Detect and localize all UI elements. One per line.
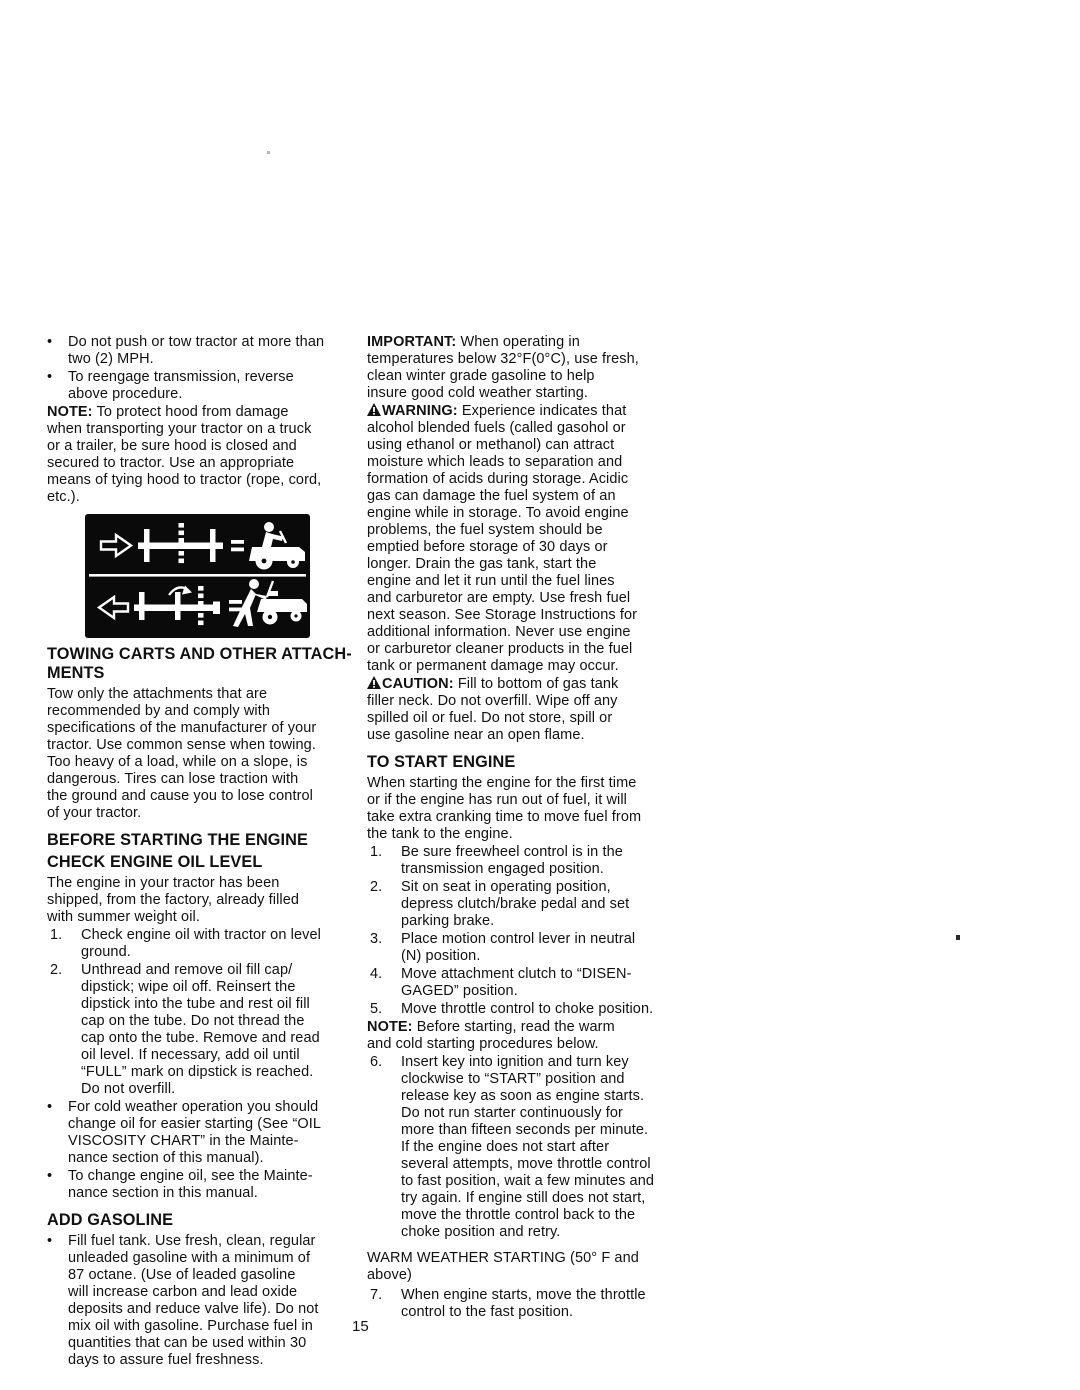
left-column: • Do not push or tow tractor at more tha… <box>47 334 367 1370</box>
list-item-text: Be sure freewheel control is in the tran… <box>401 844 679 878</box>
bullet-marker: • <box>47 334 68 368</box>
caution-triangle-icon <box>367 676 381 689</box>
note-paragraph: NOTE: To protect hood from damage when t… <box>47 404 367 506</box>
numbered-item: 2. Unthread and remove oil fill cap/ dip… <box>47 962 367 1098</box>
number-marker: 6. <box>367 1054 401 1241</box>
section-heading-towing: TOWING CARTS AND OTHER ATTACH- MENTS <box>47 645 367 683</box>
caution-paragraph: CAUTION: Fill to bottom of gas tank fill… <box>367 676 679 744</box>
list-item: • To change engine oil, see the Mainte- … <box>47 1168 367 1202</box>
list-item-text: Fill fuel tank. Use fresh, clean, regula… <box>68 1233 367 1369</box>
note-label: NOTE: <box>47 404 93 420</box>
panel-divider <box>89 574 306 577</box>
list-item: • To reengage transmission, reverse abov… <box>47 369 367 403</box>
numbered-item: 4. Move attachment clutch to “DISEN- GAG… <box>367 966 679 1000</box>
list-item-text: For cold weather operation you should ch… <box>68 1099 367 1167</box>
list-item-text: To change engine oil, see the Mainte- na… <box>68 1168 367 1202</box>
important-label: IMPORTANT: <box>367 334 456 350</box>
bullet-marker: • <box>47 1168 68 1202</box>
note-paragraph: NOTE: Before starting, read the warm and… <box>367 1019 679 1053</box>
number-marker: 4. <box>367 966 401 1000</box>
number-marker: 5. <box>367 1001 401 1018</box>
list-item-text: To reengage transmission, reverse above … <box>68 369 367 403</box>
list-item: • For cold weather operation you should … <box>47 1099 367 1167</box>
right-column: IMPORTANT: When operating in temperature… <box>367 334 679 1322</box>
number-marker: 7. <box>367 1287 401 1321</box>
warning-text: Experience indicates that alcohol blende… <box>367 403 637 674</box>
numbered-item: 7. When engine starts, move the throttle… <box>367 1287 679 1321</box>
start-engine-paragraph: When starting the engine for the first t… <box>367 775 679 843</box>
section-heading-check-oil: CHECK ENGINE OIL LEVEL <box>47 853 367 872</box>
warm-weather-paragraph: WARM WEATHER STARTING (50° F and above) <box>367 1250 679 1284</box>
warning-paragraph: WARNING: Experience indicates that alcoh… <box>367 403 679 675</box>
list-item-text: Place motion control lever in neutral (N… <box>401 931 679 965</box>
list-item-text: Move attachment clutch to “DISEN- GAGED”… <box>401 966 679 1000</box>
numbered-item: 1. Check engine oil with tractor on leve… <box>47 927 367 961</box>
scan-artifact-dot <box>956 935 960 940</box>
number-marker: 2. <box>367 879 401 930</box>
numbered-item: 6. Insert key into ignition and turn key… <box>367 1054 679 1241</box>
list-item-text: Sit on seat in operating position, depre… <box>401 879 679 930</box>
numbered-item: 1. Be sure freewheel control is in the t… <box>367 844 679 878</box>
list-item-text: Insert key into ignition and turn key cl… <box>401 1054 679 1241</box>
numbered-item: 3. Place motion control lever in neutral… <box>367 931 679 965</box>
bullet-marker: • <box>47 369 68 403</box>
warning-label: WARNING: <box>382 403 458 419</box>
list-item: • Fill fuel tank. Use fresh, clean, regu… <box>47 1233 367 1369</box>
number-marker: 1. <box>47 927 81 961</box>
list-item-text: Move throttle control to choke position. <box>401 1001 679 1018</box>
bullet-marker: • <box>47 1233 68 1369</box>
page-number: 15 <box>352 1318 369 1335</box>
check-oil-paragraph: The engine in your tractor has been ship… <box>47 875 367 926</box>
numbered-item: 5. Move throttle control to choke positi… <box>367 1001 679 1018</box>
towing-pictogram-svg <box>85 514 310 638</box>
bullet-marker: • <box>47 1099 68 1167</box>
important-paragraph: IMPORTANT: When operating in temperature… <box>367 334 679 402</box>
section-heading-to-start-engine: TO START ENGINE <box>367 753 679 772</box>
number-marker: 2. <box>47 962 81 1098</box>
warning-triangle-icon <box>367 403 381 416</box>
list-item-text: Unthread and remove oil fill cap/ dipsti… <box>81 962 367 1098</box>
towing-paragraph: Tow only the attachments that are recomm… <box>47 686 367 822</box>
scan-artifact-dot <box>267 151 270 154</box>
section-heading-before-starting: BEFORE STARTING THE ENGINE <box>47 831 367 850</box>
list-item-text: Check engine oil with tractor on level g… <box>81 927 367 961</box>
list-item-text: Do not push or tow tractor at more than … <box>68 334 367 368</box>
section-heading-add-gasoline: ADD GASOLINE <box>47 1211 367 1230</box>
number-marker: 3. <box>367 931 401 965</box>
caution-label: CAUTION: <box>382 676 454 692</box>
number-marker: 1. <box>367 844 401 878</box>
towing-pictogram <box>85 514 310 638</box>
numbered-item: 2. Sit on seat in operating position, de… <box>367 879 679 930</box>
manual-page: • Do not push or tow tractor at more tha… <box>0 0 1080 1390</box>
list-item-text: When engine starts, move the throttle co… <box>401 1287 679 1321</box>
note-label: NOTE: <box>367 1019 413 1035</box>
list-item: • Do not push or tow tractor at more tha… <box>47 334 367 368</box>
